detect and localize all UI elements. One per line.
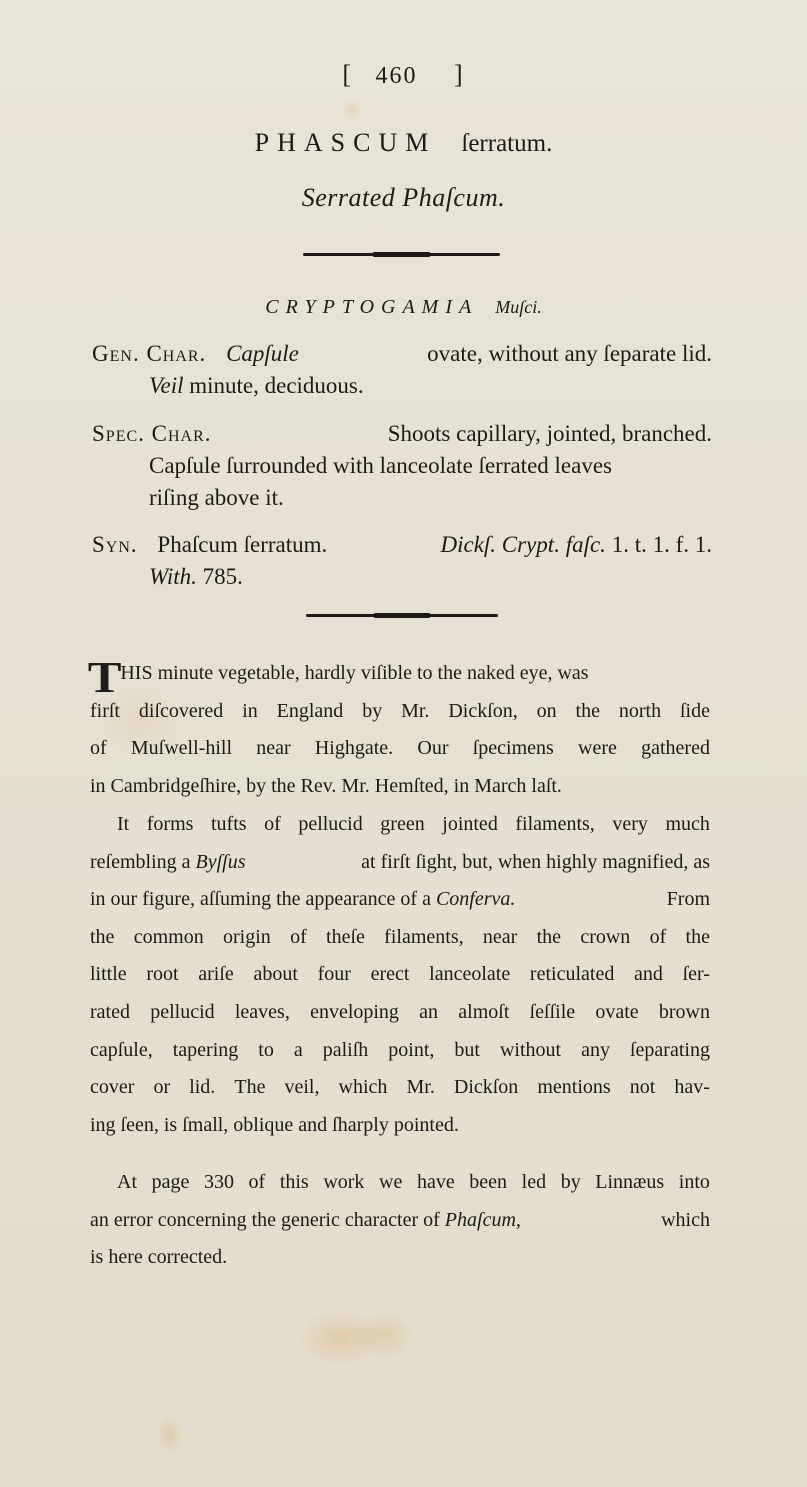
spec-char-line-3: riſing above it. (92, 482, 712, 514)
gen-char-italic: Capſule (226, 341, 299, 366)
gen-char-line-2: Veil minute, deciduous. (92, 370, 712, 402)
phascum-italic: Phaſcum, (445, 1209, 521, 1231)
withering-page: 785. (203, 564, 243, 589)
paragraph-3: Atpage330ofthisworkwehavebeenledbyLinnæu… (90, 1164, 710, 1277)
bracket-left: [ (342, 60, 353, 90)
order-name: Muſci. (495, 297, 542, 317)
withering-ref: With. (149, 564, 197, 589)
drop-cap: T (88, 663, 122, 693)
gen-char-label: Gen. Char. (92, 341, 206, 366)
syn-label: Syn. (92, 532, 138, 557)
bracket-right: ] (454, 60, 465, 90)
syn-ref-italic: Dickſ. Crypt. faſc. (441, 532, 606, 557)
syn-line-1: Syn. Phaſcum ſerratum. Dickſ. Crypt. faſ… (92, 529, 712, 561)
gen-char-line-1: Gen. Char. Capſule ovate, without any ſe… (92, 338, 712, 370)
syn-ref-text: 1. t. 1. f. 1. (612, 532, 712, 557)
conferva-italic: Conferva. (436, 888, 515, 910)
gen-char-text: ovate, without any ſeparate lid. (427, 338, 712, 370)
synonymy: Syn. Phaſcum ſerratum. Dickſ. Crypt. faſ… (92, 529, 712, 593)
spec-char-label: Spec. Char. (92, 418, 212, 450)
paragraph-line: firſtdiſcoveredinEnglandbyMr.Dickſon,ont… (90, 693, 710, 731)
paragraph-line: in our figure, aſſuming the appearance o… (90, 881, 710, 919)
veil-text: minute, deciduous. (189, 373, 363, 398)
paragraph-line: THIS minute vegetable, hardly viſible to… (90, 655, 710, 693)
byssus-italic: Byſſus (196, 851, 246, 873)
class-name: CRYPTOGAMIA (265, 296, 478, 318)
species-title: PHASCUM ſerratum. (0, 127, 807, 159)
veil-italic: Veil (149, 373, 184, 398)
common-name: Serrated Phaſcum. (0, 183, 807, 213)
generic-character: Gen. Char. Capſule ovate, without any ſe… (92, 338, 712, 402)
ornamental-rule (303, 253, 500, 256)
species-epithet: ſerratum. (461, 130, 552, 157)
genus-name: PHASCUM (255, 128, 437, 157)
ornamental-rule (306, 614, 498, 617)
spec-char-text: Shoots capillary, jointed, branched. (388, 418, 712, 450)
line-text: in our figure, aſſuming the appearance o… (90, 888, 431, 910)
paragraph-line: capſule,taperingtoapaliſhpoint,butwithou… (90, 1032, 710, 1070)
paragraph-line: an error concerning the generic characte… (90, 1202, 710, 1240)
line-text: reſembling a (90, 851, 191, 873)
paragraph-line: reſembling a Byſſus at firſt ſight, but,… (90, 844, 710, 882)
paragraph-2: Itformstuftsofpellucidgreenjointedfilame… (90, 806, 710, 1144)
paragraph-line: is here corrected. (90, 1239, 710, 1277)
page-number: [ 460 ] (0, 60, 807, 90)
paragraph-line: ing ſeen, is ſmall, oblique and ſharply … (90, 1107, 710, 1145)
syn-line-2: With. 785. (92, 561, 712, 593)
paragraph-line: Itformstuftsofpellucidgreenjointedfilame… (90, 806, 710, 844)
paragraph-line: thecommonoriginoftheſefilaments,nearthec… (90, 919, 710, 957)
line-text: which (661, 1202, 710, 1240)
line-text: From (667, 881, 710, 919)
specific-character: Spec. Char. Shoots capillary, jointed, b… (92, 418, 712, 514)
spec-char-line-2: Capſule ſurrounded with lanceolate ſerra… (92, 450, 712, 482)
spec-char-line-1: Spec. Char. Shoots capillary, jointed, b… (92, 418, 712, 450)
classification: CRYPTOGAMIA Muſci. (0, 296, 807, 319)
paragraph-line: coverorlid.Theveil,whichMr.Dickſonmentio… (90, 1069, 710, 1107)
paragraph-line: in Cambridgeſhire, by the Rev. Mr. Hemſt… (90, 768, 710, 806)
line-text: an error concerning the generic characte… (90, 1209, 440, 1231)
syn-name: Phaſcum ſerratum. (157, 532, 327, 557)
page-number-value: 460 (376, 63, 418, 90)
paragraph-line: Atpage330ofthisworkwehavebeenledbyLinnæu… (90, 1164, 710, 1202)
paragraph-line: littlerootariſeaboutfourerectlanceolater… (90, 956, 710, 994)
line-text: HIS minute vegetable, hardly viſible to … (120, 662, 588, 684)
paragraph-line: ratedpellucidleaves,envelopinganalmoſtſe… (90, 994, 710, 1032)
paragraph-1: THIS minute vegetable, hardly viſible to… (90, 655, 710, 805)
paragraph-line: ofMuſwell-hillnearHighgate.Ourſpecimensw… (90, 730, 710, 768)
line-text: at firſt ſight, but, when highly magnifi… (361, 844, 710, 882)
